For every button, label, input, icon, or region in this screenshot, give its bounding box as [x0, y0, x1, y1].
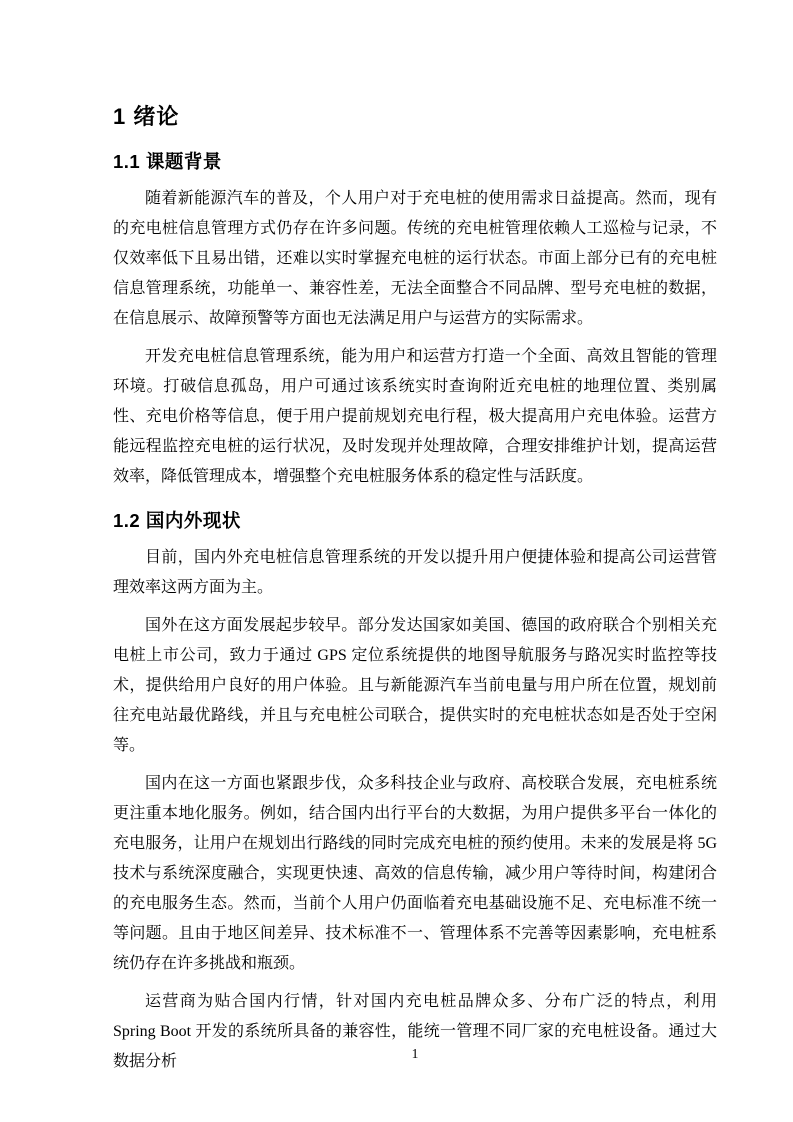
- document-content: 1 绪论 1.1 课题背景 随着新能源汽车的普及，个人用户对于充电桩的使用需求日…: [0, 0, 793, 1077]
- paragraph-status-operators: 运营商为贴合国内行情，针对国内充电桩品牌众多、分布广泛的特点，利用 Spring…: [113, 987, 717, 1077]
- document-page: 1 绪论 1.1 课题背景 随着新能源汽车的普及，个人用户对于充电桩的使用需求日…: [0, 0, 793, 1122]
- chapter-heading: 1 绪论: [113, 0, 717, 133]
- page-number: 1: [113, 1046, 717, 1062]
- paragraph-background-2: 开发充电桩信息管理系统，能为用户和运营方打造一个全面、高效且智能的管理环境。打破…: [113, 342, 717, 492]
- paragraph-status-overview: 目前，国内外充电桩信息管理系统的开发以提升用户便捷体验和提高公司运营管理效率这两…: [113, 543, 717, 603]
- paragraph-background-1: 随着新能源汽车的普及，个人用户对于充电桩的使用需求日益提高。然而，现有的充电桩信…: [113, 184, 717, 334]
- section-heading-1-2: 1.2 国内外现状: [113, 507, 717, 535]
- paragraph-status-domestic: 国内在这一方面也紧跟步伐，众多科技企业与政府、高校联合发展，充电桩系统更注重本地…: [113, 769, 717, 979]
- section-heading-1-1: 1.1 课题背景: [113, 148, 717, 176]
- paragraph-status-foreign: 国外在这方面发展起步较早。部分发达国家如美国、德国的政府联合个别相关充电桩上市公…: [113, 611, 717, 761]
